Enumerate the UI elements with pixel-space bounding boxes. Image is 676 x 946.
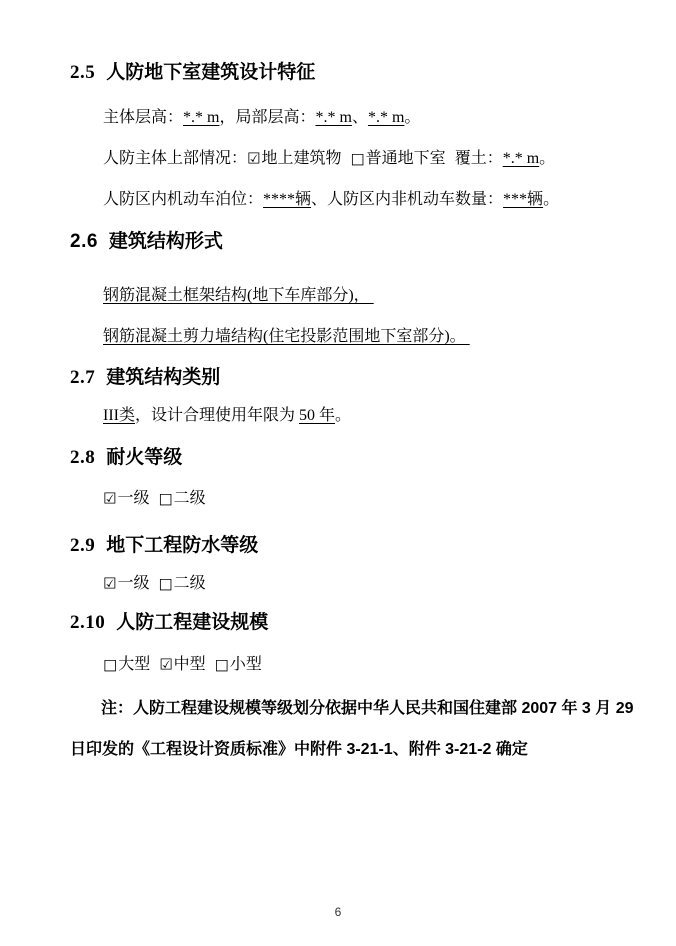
paragraph-frame-structure: 钢筋混凝土框架结构(地下车库部分)，: [103, 286, 636, 305]
field-main-floor-height: *.* m: [183, 109, 219, 126]
checkbox-scale-large[interactable]: □大型: [103, 655, 150, 674]
paragraph-construction-scale-options: □大型☑中型□小型: [103, 655, 636, 674]
period: 。: [404, 109, 420, 126]
section-heading-2-10: 2.10人防工程建设规模: [70, 612, 636, 634]
label-design-service-life: ，设计合理使用年限为: [135, 407, 299, 424]
section-heading-2-9: 2.9地下工程防水等级: [70, 535, 636, 557]
option-label-waterproof-grade-two: 二级: [174, 575, 206, 592]
label-non-motor-vehicle-count: 、人防区内非机动车数量：: [311, 191, 503, 208]
option-label-scale-small: 小型: [230, 656, 262, 673]
page-number: 6: [335, 905, 342, 919]
period: 。: [539, 150, 555, 167]
paragraph-upper-structure: 人防主体上部情况：☑地上建筑物□普通地下室覆土：*.* m。: [103, 149, 636, 168]
paragraph-floor-heights: 主体层高：*.* m，局部层高：*.* m、*.* m。: [103, 108, 636, 127]
checkbox-above-ground-building[interactable]: ☑地上建筑物: [247, 149, 341, 168]
period: 。: [335, 407, 351, 424]
checkbox-waterproof-grade-two[interactable]: □二级: [158, 574, 205, 593]
option-label-scale-medium: 中型: [174, 656, 206, 673]
option-label-waterproof-grade-one: 一级: [117, 575, 149, 592]
option-label-scale-large: 大型: [118, 656, 150, 673]
section-number-2-10: 2.10: [70, 612, 105, 634]
section-title-2-6: 建筑结构形式: [109, 231, 223, 252]
section-title-2-8: 耐火等级: [106, 447, 182, 468]
checkbox-unchecked-icon: □: [158, 490, 172, 509]
section-heading-2-6: 2.6建筑结构形式: [70, 231, 636, 253]
section-number-2-7: 2.7: [70, 367, 95, 389]
label-upper-structure: 人防主体上部情况：: [103, 150, 247, 167]
section-title-2-9: 地下工程防水等级: [106, 535, 258, 556]
checkbox-waterproof-grade-one[interactable]: ☑一级: [103, 574, 149, 593]
label-soil-cover: 覆土：: [455, 150, 503, 167]
checkbox-fire-grade-two[interactable]: □二级: [158, 489, 205, 508]
paragraph-structure-class: III类，设计合理使用年限为 50 年。: [103, 406, 636, 425]
section-heading-2-8: 2.8耐火等级: [70, 447, 636, 469]
section-heading-2-7: 2.7建筑结构类别: [70, 367, 636, 389]
separator-dun-comma: 、: [352, 109, 368, 126]
field-non-motor-vehicle-count: ***辆: [503, 191, 543, 208]
checkbox-checked-icon: ☑: [247, 150, 260, 169]
section-title-2-5: 人防地下室建筑设计特征: [106, 62, 315, 83]
label-main-floor-height: 主体层高：: [103, 109, 183, 126]
label-partial-floor-height: ，局部层高：: [219, 109, 315, 126]
option-label-fire-grade-one: 一级: [117, 490, 149, 507]
field-motor-vehicle-count: ****辆: [263, 191, 311, 208]
field-soil-cover-depth: *.* m: [503, 150, 539, 167]
option-label-ordinary-basement: 普通地下室: [366, 150, 446, 167]
note-line-1: 注：人防工程建设规模等级划分依据中华人民共和国住建部 2007 年 3 月 29: [101, 699, 636, 718]
page-footer: 6: [0, 903, 676, 921]
paragraph-parking-counts: 人防区内机动车泊位：****辆、人防区内非机动车数量：***辆。: [103, 190, 636, 209]
paragraph-shear-wall-structure: 钢筋混凝土剪力墙结构(住宅投影范围地下室部分)。: [103, 327, 636, 346]
checkbox-scale-medium[interactable]: ☑中型: [159, 655, 205, 674]
field-service-life-years: 50 年: [299, 407, 335, 424]
section-number-2-8: 2.8: [70, 447, 95, 469]
field-partial-floor-height-1: *.* m: [315, 109, 351, 126]
checkbox-unchecked-icon: □: [215, 656, 229, 675]
section-title-2-7: 建筑结构类别: [106, 367, 220, 388]
field-structure-type-garage: 钢筋混凝土框架结构(地下车库部分)，: [103, 287, 374, 304]
field-partial-floor-height-2: *.* m: [368, 109, 404, 126]
checkbox-unchecked-icon: □: [350, 150, 364, 169]
paragraph-fire-rating-options: ☑一级□二级: [103, 489, 636, 508]
note-line-2: 日印发的《工程设计资质标准》中附件 3-21-1、附件 3-21-2 确定: [70, 740, 636, 759]
section-heading-2-5: 2.5人防地下室建筑设计特征: [70, 62, 636, 84]
label-motor-vehicle-spaces: 人防区内机动车泊位：: [103, 191, 263, 208]
option-label-fire-grade-two: 二级: [174, 490, 206, 507]
section-title-2-10: 人防工程建设规模: [116, 612, 268, 633]
checkbox-checked-icon: ☑: [159, 656, 172, 675]
checkbox-fire-grade-one[interactable]: ☑一级: [103, 489, 149, 508]
checkbox-checked-icon: ☑: [103, 575, 116, 594]
checkbox-unchecked-icon: □: [158, 575, 172, 594]
section-number-2-6: 2.6: [70, 231, 98, 253]
field-structure-type-residential: 钢筋混凝土剪力墙结构(住宅投影范围地下室部分)。: [103, 328, 470, 345]
field-structure-class: III类: [103, 407, 135, 424]
paragraph-waterproof-grade-options: ☑一级□二级: [103, 574, 636, 593]
checkbox-unchecked-icon: □: [103, 656, 117, 675]
checkbox-ordinary-basement[interactable]: □普通地下室: [350, 149, 445, 168]
document-page: 2.5人防地下室建筑设计特征 主体层高：*.* m，局部层高：*.* m、*.*…: [0, 0, 676, 946]
section-number-2-9: 2.9: [70, 535, 95, 557]
option-label-above-ground-building: 地上建筑物: [261, 150, 341, 167]
checkbox-checked-icon: ☑: [103, 490, 116, 509]
section-number-2-5: 2.5: [70, 62, 95, 84]
period: 。: [543, 191, 559, 208]
checkbox-scale-small[interactable]: □小型: [215, 655, 262, 674]
